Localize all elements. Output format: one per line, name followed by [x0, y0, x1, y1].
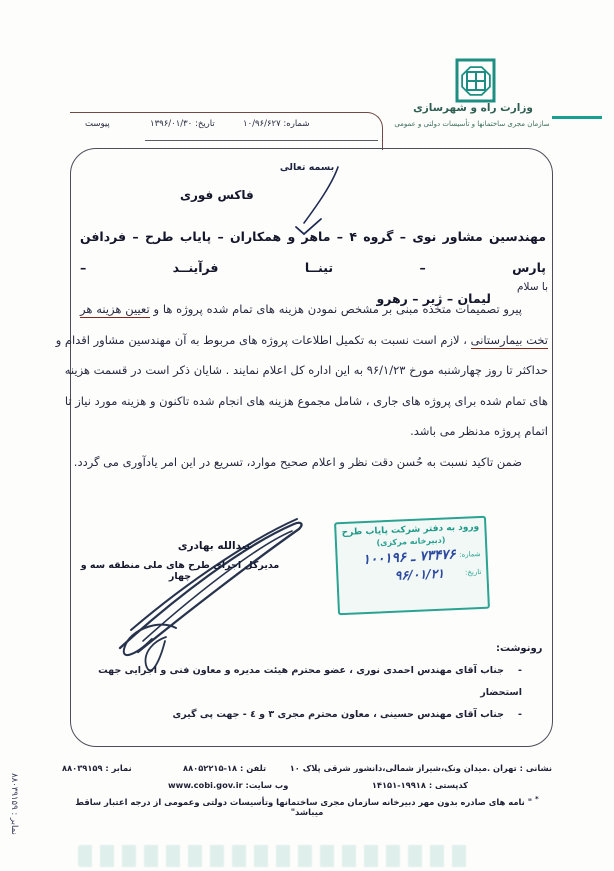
body-line: تخت بیمارستانی ، لازم است نسبت به تکمیل …: [80, 325, 548, 356]
footer-address: نشانی : تهران .میدان ونک،شیراز شمالی،دان…: [298, 763, 552, 773]
header-accent-dash: [552, 116, 602, 119]
cc-label: رونوشت:: [496, 643, 542, 654]
body-line: اتمام پروژه مدنظر می باشد.: [80, 416, 548, 447]
underlined-phrase: تخت بیمارستانی: [471, 333, 548, 349]
footer-fax-label: نمابر :: [105, 763, 131, 773]
footer-website-label: وب سایت:: [246, 780, 289, 790]
footer-website: وب سایت: www.cobi.gov.ir: [168, 780, 288, 790]
footer-fax-value: ۸۸۰۳۹۱۵۹: [62, 763, 103, 773]
received-stamp: ورود به دفتر شرکت پایاب طرح (دبیرخانه مر…: [334, 516, 490, 616]
body-text: ، لازم است نسبت به تکمیل اطلاعات پروژه ه…: [56, 333, 471, 347]
organization-name: سازمان مجری ساختمانها و تأسیسات دولتی و …: [372, 120, 572, 128]
footer-postal-value: ۱۴۱۵۱-۱۹۹۱۸: [372, 780, 426, 790]
footer-fax: نمابر : ۸۸۰۳۹۱۵۹: [62, 763, 132, 773]
stamp-date-label: تاریخ:: [465, 567, 482, 576]
salutation-text: با سلام: [498, 281, 548, 293]
faint-ghost-stamp: [78, 845, 470, 867]
header-rule: [70, 112, 383, 150]
bismillah-text: بسمه تعالی: [268, 162, 346, 173]
cc-item: -جناب آقای مهندس احمدی نوری ، عضو محترم …: [80, 660, 538, 704]
addressee-line: مهندسین مشاور نوی – گروه ۴ – ماهر و همکا…: [80, 221, 546, 283]
footer-phone-value: ۸۸۰۵۲۲۱۵-۱۸: [183, 763, 237, 773]
body-line: ضمن تاکید نسبت به حُسن دقت نظر و اعلام ص…: [80, 447, 548, 478]
urgent-fax-label: فاکس فوری: [180, 188, 254, 202]
body-text: اتمام پروژه مدنظر می باشد.: [410, 424, 548, 438]
scanned-letter-page: وزارت راه و شهرسازی سازمان مجری ساختمانه…: [0, 0, 614, 871]
note-asterisk: *: [535, 795, 539, 803]
body-line: پیرو تصمیمات متخذه مبنی بر مشخص نمودن هز…: [80, 294, 548, 325]
body-line: های تمام شده برای پروژه های جاری ، شامل …: [80, 386, 548, 417]
signatory-name: عبدالله بهادری: [158, 540, 273, 552]
footer-website-url: www.cobi.gov.ir: [168, 780, 243, 790]
stamp-number-label: شماره:: [459, 550, 481, 559]
margin-fax-imprint: نمابر : ۸۸۰۳۹۱۵۹: [3, 762, 19, 846]
ministry-emblem-icon: [452, 56, 499, 108]
footer-postal-code: کدپستی : ۱۴۱۵۱-۱۹۹۱۸: [318, 780, 468, 790]
body-text: های تمام شده برای پروژه های جاری ، شامل …: [65, 394, 548, 408]
stamp-date-handwritten: ۹۶/۰۱/۲۱: [394, 566, 444, 583]
body-text: ضمن تاکید نسبت به حُسن دقت نظر و اعلام ص…: [74, 455, 522, 469]
footer-validity-note: * " نامه های صادره بدون مهر دبیرخانه ساز…: [70, 795, 544, 817]
footer-phone-label: تلفن :: [240, 763, 266, 773]
body-text: پیرو تصمیمات متخذه مبنی بر مشخص نمودن هز…: [150, 302, 522, 316]
signatory-title: مدیرکل اجرای طرح های ملی منطقه سه و چهار: [70, 560, 290, 582]
cc-item: -جناب آقای مهندس حسینی ، معاون محترم مجر…: [80, 704, 538, 726]
body-line: حداکثر تا روز چهارشنبه مورخ ۹۶/۱/۲۳ به ا…: [80, 355, 548, 386]
cc-bullet: -: [518, 704, 522, 726]
note-text: " نامه های صادره بدون مهر دبیرخانه سازما…: [75, 797, 532, 817]
ministry-name: وزارت راه و شهرسازی: [388, 102, 558, 114]
footer-phone: تلفن : ۸۸۰۵۲۲۱۵-۱۸: [183, 763, 266, 773]
body-text: حداکثر تا روز چهارشنبه مورخ ۹۶/۱/۲۳ به ا…: [65, 363, 548, 377]
underlined-phrase: تعیین هزینه هر: [80, 302, 150, 318]
cc-bullet: -: [518, 660, 522, 682]
letter-body: پیرو تصمیمات متخذه مبنی بر مشخص نمودن هز…: [80, 294, 548, 478]
footer-postal-label: کدپستی :: [429, 780, 468, 790]
cc-list: -جناب آقای مهندس احمدی نوری ، عضو محترم …: [80, 660, 538, 726]
